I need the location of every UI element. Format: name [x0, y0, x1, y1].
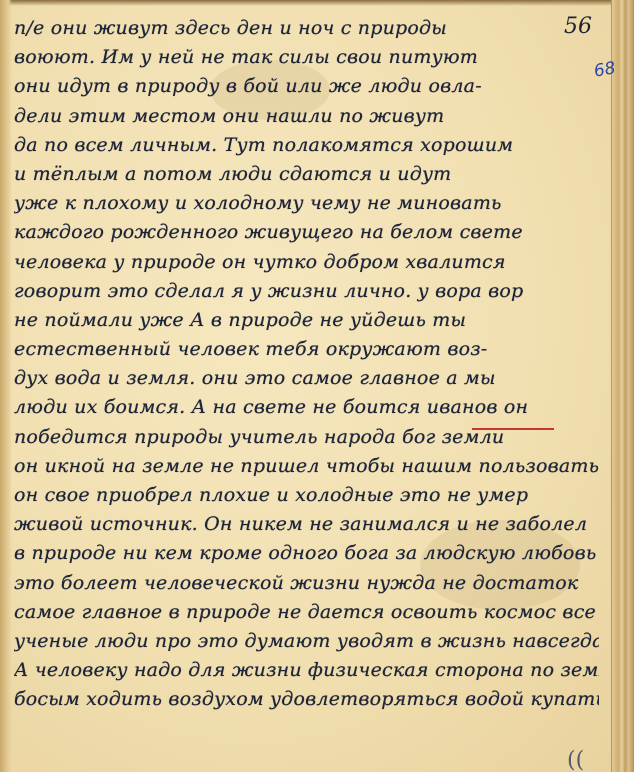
- notebook-binding: [611, 0, 634, 772]
- text-line: самое главное в природе не дается освоит…: [14, 598, 599, 627]
- text-line: п/е они живут здесь ден и ноч с природы: [14, 14, 599, 43]
- text-line: человека у природе он чутко добром хвали…: [14, 248, 599, 277]
- text-line: каждого рожденного живущего на белом све…: [14, 218, 599, 247]
- page-left-edge: [0, 0, 12, 772]
- text-line: он икной на земле не пришел чтобы нашим …: [14, 452, 599, 481]
- text-line: говорит это сделал я у жизни лично. у во…: [14, 277, 599, 306]
- text-line: и тёплым а потом люди сдаются и идут: [14, 160, 599, 189]
- red-underline-mark: [472, 428, 554, 430]
- corner-mark: ((: [567, 748, 584, 772]
- text-line: да по всем личным. Тут полакомятся хорош…: [14, 131, 599, 160]
- handwritten-text-block: п/е они живут здесь ден и ноч с природы …: [14, 14, 599, 715]
- text-line: живой источник. Он никем не занимался и …: [14, 510, 599, 539]
- text-line: А человеку надо для жизни физическая сто…: [14, 656, 599, 685]
- text-line: дели этим местом они нашли по живут: [14, 102, 599, 131]
- manuscript-page: 56 68 п/е они живут здесь ден и ноч с пр…: [0, 0, 634, 772]
- text-line: естественный человек тебя окружают воз-: [14, 335, 599, 364]
- text-line: победится природы учитель народа бог зем…: [14, 423, 599, 452]
- text-line: это болеет человеческой жизни нужда не д…: [14, 569, 599, 598]
- text-line: он свое приобрел плохие и холодные это н…: [14, 481, 599, 510]
- text-line: воюют. Им у ней не так силы свои питуют: [14, 43, 599, 72]
- text-line: они идут в природу в бой или же люди овл…: [14, 72, 599, 101]
- text-line: уже к плохому и холодному чему не минова…: [14, 189, 599, 218]
- page-top-edge: [0, 0, 634, 6]
- text-line: не поймали уже А в природе не уйдешь ты: [14, 306, 599, 335]
- text-line: босым ходить воздухом удовлетворяться во…: [14, 685, 599, 714]
- text-line: ученые люди про это думают уводят в жизн…: [14, 627, 599, 656]
- text-line: в природе ни кем кроме одного бога за лю…: [14, 539, 599, 568]
- text-line: дух вода и земля. они это самое главное …: [14, 364, 599, 393]
- text-line-with-underline: люди их боимся. А на свете не боится ива…: [14, 393, 599, 422]
